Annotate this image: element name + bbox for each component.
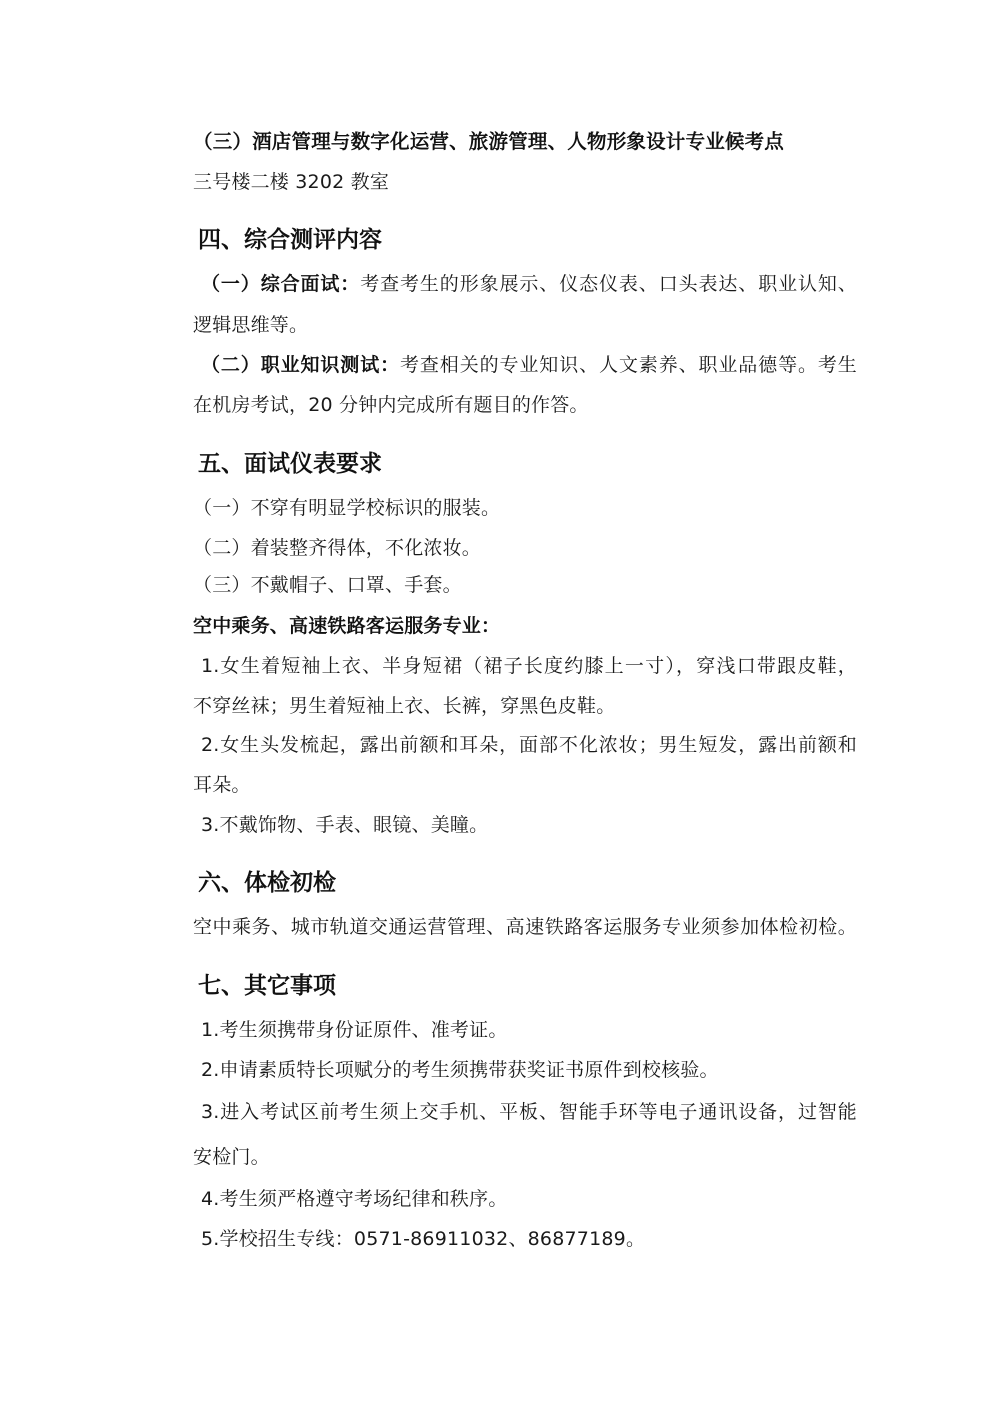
special-rule-1-line2: 不穿丝袜；男生着短袖上衣、长裤，穿黑色皮鞋。 bbox=[193, 694, 615, 718]
item-interview-label: （一）综合面试： bbox=[201, 273, 360, 295]
item-knowledge-test-line2: 在机房考试，20 分钟内完成所有题目的作答。 bbox=[193, 393, 589, 417]
special-rule-1-line1: 1.女生着短袖上衣、半身短裙（裙子长度约膝上一寸），穿浅口带跟皮鞋， bbox=[201, 654, 857, 678]
item-knowledge-test-label: （二）职业知识测试： bbox=[201, 354, 400, 376]
item-knowledge-test-line1: （二）职业知识测试：考查相关的专业知识、人文素养、职业品德等。考生 bbox=[201, 353, 857, 377]
physical-exam-text: 空中乘务、城市轨道交通运营管理、高速铁路客运服务专业须参加体检初检。 bbox=[193, 915, 857, 939]
other-item-3-line2: 安检门。 bbox=[193, 1145, 270, 1169]
section-heading-4: 四、综合测评内容 bbox=[198, 226, 382, 254]
subsection-heading-hotel-tourism: （三）酒店管理与数字化运营、旅游管理、人物形象设计专业候考点 bbox=[193, 130, 784, 154]
waiting-location: 三号楼二楼 3202 教室 bbox=[193, 170, 389, 194]
item-interview-line2: 逻辑思维等。 bbox=[193, 313, 308, 337]
item-knowledge-test-text: 考查相关的专业知识、人文素养、职业品德等。考生 bbox=[400, 354, 857, 376]
other-item-3-line1: 3.进入考试区前考生须上交手机、平板、智能手环等电子通讯设备，过智能 bbox=[201, 1100, 857, 1124]
other-item-4: 4.考生须严格遵守考场纪律和秩序。 bbox=[201, 1187, 508, 1211]
other-item-1: 1.考生须携带身份证原件、准考证。 bbox=[201, 1018, 508, 1042]
section-heading-6: 六、体检初检 bbox=[198, 869, 336, 897]
special-rule-2-line2: 耳朵。 bbox=[193, 773, 251, 797]
special-rule-3: 3.不戴饰物、手表、眼镜、美瞳。 bbox=[201, 813, 488, 837]
item-interview-line1: （一）综合面试：考查考生的形象展示、仪态仪表、口头表达、职业认知、 bbox=[201, 272, 857, 296]
item-interview-text: 考查考生的形象展示、仪态仪表、口头表达、职业认知、 bbox=[360, 273, 857, 295]
other-item-5-hotline: 5.学校招生专线：0571-86911032、86877189。 bbox=[201, 1227, 645, 1251]
appearance-rule-2: （二）着装整齐得体，不化浓妆。 bbox=[193, 536, 481, 560]
appearance-rule-3: （三）不戴帽子、口罩、手套。 bbox=[193, 573, 462, 597]
section-heading-5: 五、面试仪表要求 bbox=[198, 450, 382, 478]
special-majors-heading: 空中乘务、高速铁路客运服务专业： bbox=[193, 614, 500, 638]
other-item-2: 2.申请素质特长项赋分的考生须携带获奖证书原件到校核验。 bbox=[201, 1058, 719, 1082]
section-heading-7: 七、其它事项 bbox=[198, 972, 336, 1000]
appearance-rule-1: （一）不穿有明显学校标识的服装。 bbox=[193, 496, 500, 520]
special-rule-2-line1: 2.女生头发梳起，露出前额和耳朵，面部不化浓妆；男生短发，露出前额和 bbox=[201, 733, 857, 757]
document-page: （三）酒店管理与数字化运营、旅游管理、人物形象设计专业候考点 三号楼二楼 320… bbox=[0, 0, 1000, 1414]
